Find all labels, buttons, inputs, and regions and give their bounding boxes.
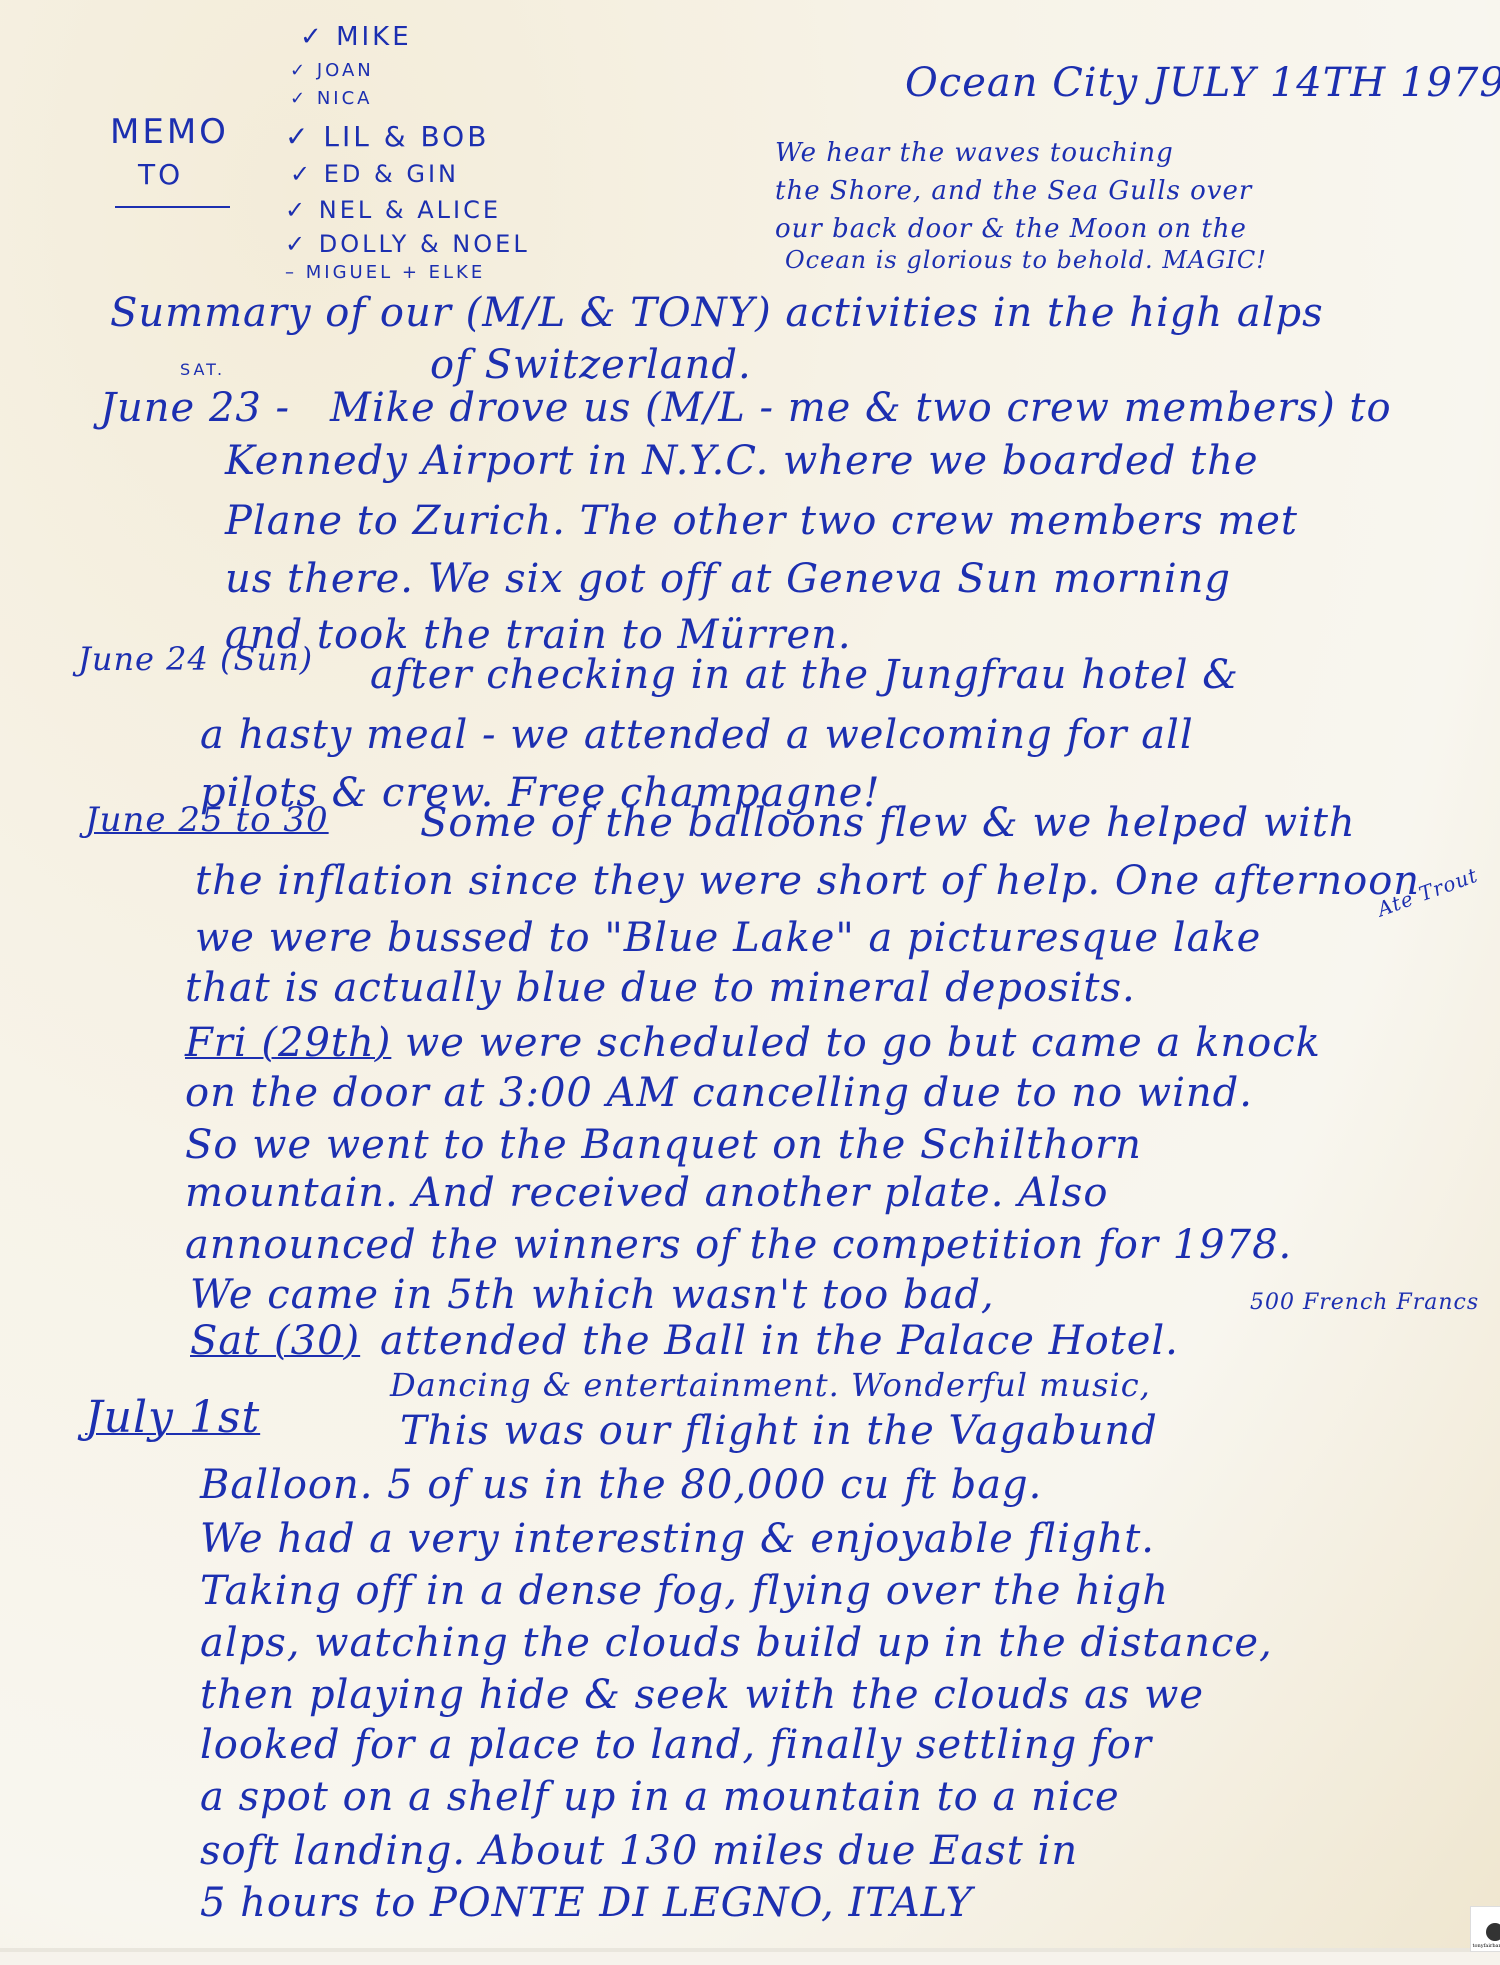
entry-line: we were scheduled to go but came a knock: [405, 1020, 1321, 1066]
entry-date: Sat (30): [190, 1318, 360, 1364]
entry-line: We had a very interesting & enjoyable fl…: [200, 1516, 1155, 1562]
aside-line: the Shore, and the Sea Gulls over: [775, 176, 1252, 206]
recipient: ✓ MIKE: [300, 22, 412, 52]
entry-line: Kennedy Airport in N.Y.C. where we board…: [225, 438, 1259, 484]
entry-line: mountain. And received another plate. Al…: [185, 1170, 1108, 1216]
margin-note: 500 French Francs: [1250, 1290, 1479, 1315]
recipient: ✓ NEL & ALICE: [285, 196, 501, 224]
entry-line: alps, watching the clouds build up in th…: [200, 1620, 1273, 1666]
memo-underline: [115, 206, 230, 208]
memo-to-label: TO: [138, 158, 183, 191]
summary-title: Summary of our (M/L & TONY) activities i…: [110, 290, 1324, 336]
watermark-text: tonyfairbanks.org: [1472, 1943, 1500, 1951]
recipient: ✓ ED & GIN: [290, 160, 459, 188]
entry-line: Balloon. 5 of us in the 80,000 cu ft bag…: [200, 1462, 1042, 1508]
summary-title-line2: of Switzerland.: [430, 342, 752, 388]
entry-date: June 23 -: [100, 385, 290, 431]
entry-line: a hasty meal - we attended a welcoming f…: [200, 712, 1194, 758]
entry-line: soft landing. About 130 miles due East i…: [200, 1828, 1078, 1874]
entry-line: looked for a place to land, finally sett…: [200, 1722, 1152, 1768]
entry-line: attended the Ball in the Palace Hotel.: [380, 1318, 1179, 1364]
aside-line: our back door & the Moon on the: [775, 214, 1247, 244]
entry-line: 5 hours to PONTE DI LEGNO, ITALY: [200, 1880, 973, 1926]
entry-line: This was our flight in the Vagabund: [400, 1408, 1158, 1454]
watermark-logo: tonyfairbanks.org: [1470, 1906, 1500, 1952]
balloon-icon: [1486, 1923, 1500, 1941]
entry-line: that is actually blue due to mineral dep…: [185, 965, 1136, 1011]
entry-line: Dancing & entertainment. Wonderful music…: [390, 1366, 1151, 1404]
entry-line: a spot on a shelf up in a mountain to a …: [200, 1774, 1120, 1820]
letter-page: MEMO TO ✓ MIKE ✓ JOAN ✓ NICA ✓ LIL & BOB…: [0, 0, 1500, 1948]
recipient: ✓ JOAN: [290, 60, 374, 81]
entry-line: We came in 5th which wasn't too bad,: [190, 1272, 995, 1318]
entry-date: June 24 (Sun): [78, 640, 313, 678]
entry-line: So we went to the Banquet on the Schilth…: [185, 1122, 1142, 1168]
aside-line: Ocean is glorious to behold. MAGIC!: [785, 246, 1267, 274]
entry-line: we were bussed to "Blue Lake" a pictures…: [195, 915, 1261, 961]
entry-line: Mike drove us (M/L - me & two crew membe…: [330, 385, 1392, 431]
entry-line: announced the winners of the competition…: [185, 1222, 1292, 1268]
memo-label: MEMO: [110, 112, 229, 152]
entry-line: on the door at 3:00 AM cancelling due to…: [185, 1070, 1253, 1116]
entry-line: after checking in at the Jungfrau hotel …: [370, 652, 1239, 698]
date-note: SAT.: [180, 360, 225, 379]
place-date: Ocean City JULY 14TH 1979: [905, 60, 1500, 106]
entry-date: June 25 to 30: [85, 800, 329, 840]
entry-line: Plane to Zurich. The other two crew memb…: [225, 498, 1298, 544]
recipient: ✓ DOLLY & NOEL: [285, 230, 530, 258]
recipient: ✓ NICA: [290, 88, 372, 109]
entry-line: us there. We six got off at Geneva Sun m…: [225, 556, 1231, 602]
entry-line: Some of the balloons flew & we helped wi…: [420, 800, 1356, 846]
entry-line: then playing hide & seek with the clouds…: [200, 1672, 1204, 1718]
recipient: ✓ LIL & BOB: [285, 120, 489, 153]
entry-date: Fri (29th): [185, 1020, 391, 1066]
entry-line: the inflation since they were short of h…: [195, 858, 1420, 904]
aside-line: We hear the waves touching: [775, 138, 1174, 168]
entry-line: Taking off in a dense fog, flying over t…: [200, 1568, 1169, 1614]
entry-date: July 1st: [85, 1392, 260, 1443]
recipient: – MIGUEL + ELKE: [285, 262, 485, 283]
